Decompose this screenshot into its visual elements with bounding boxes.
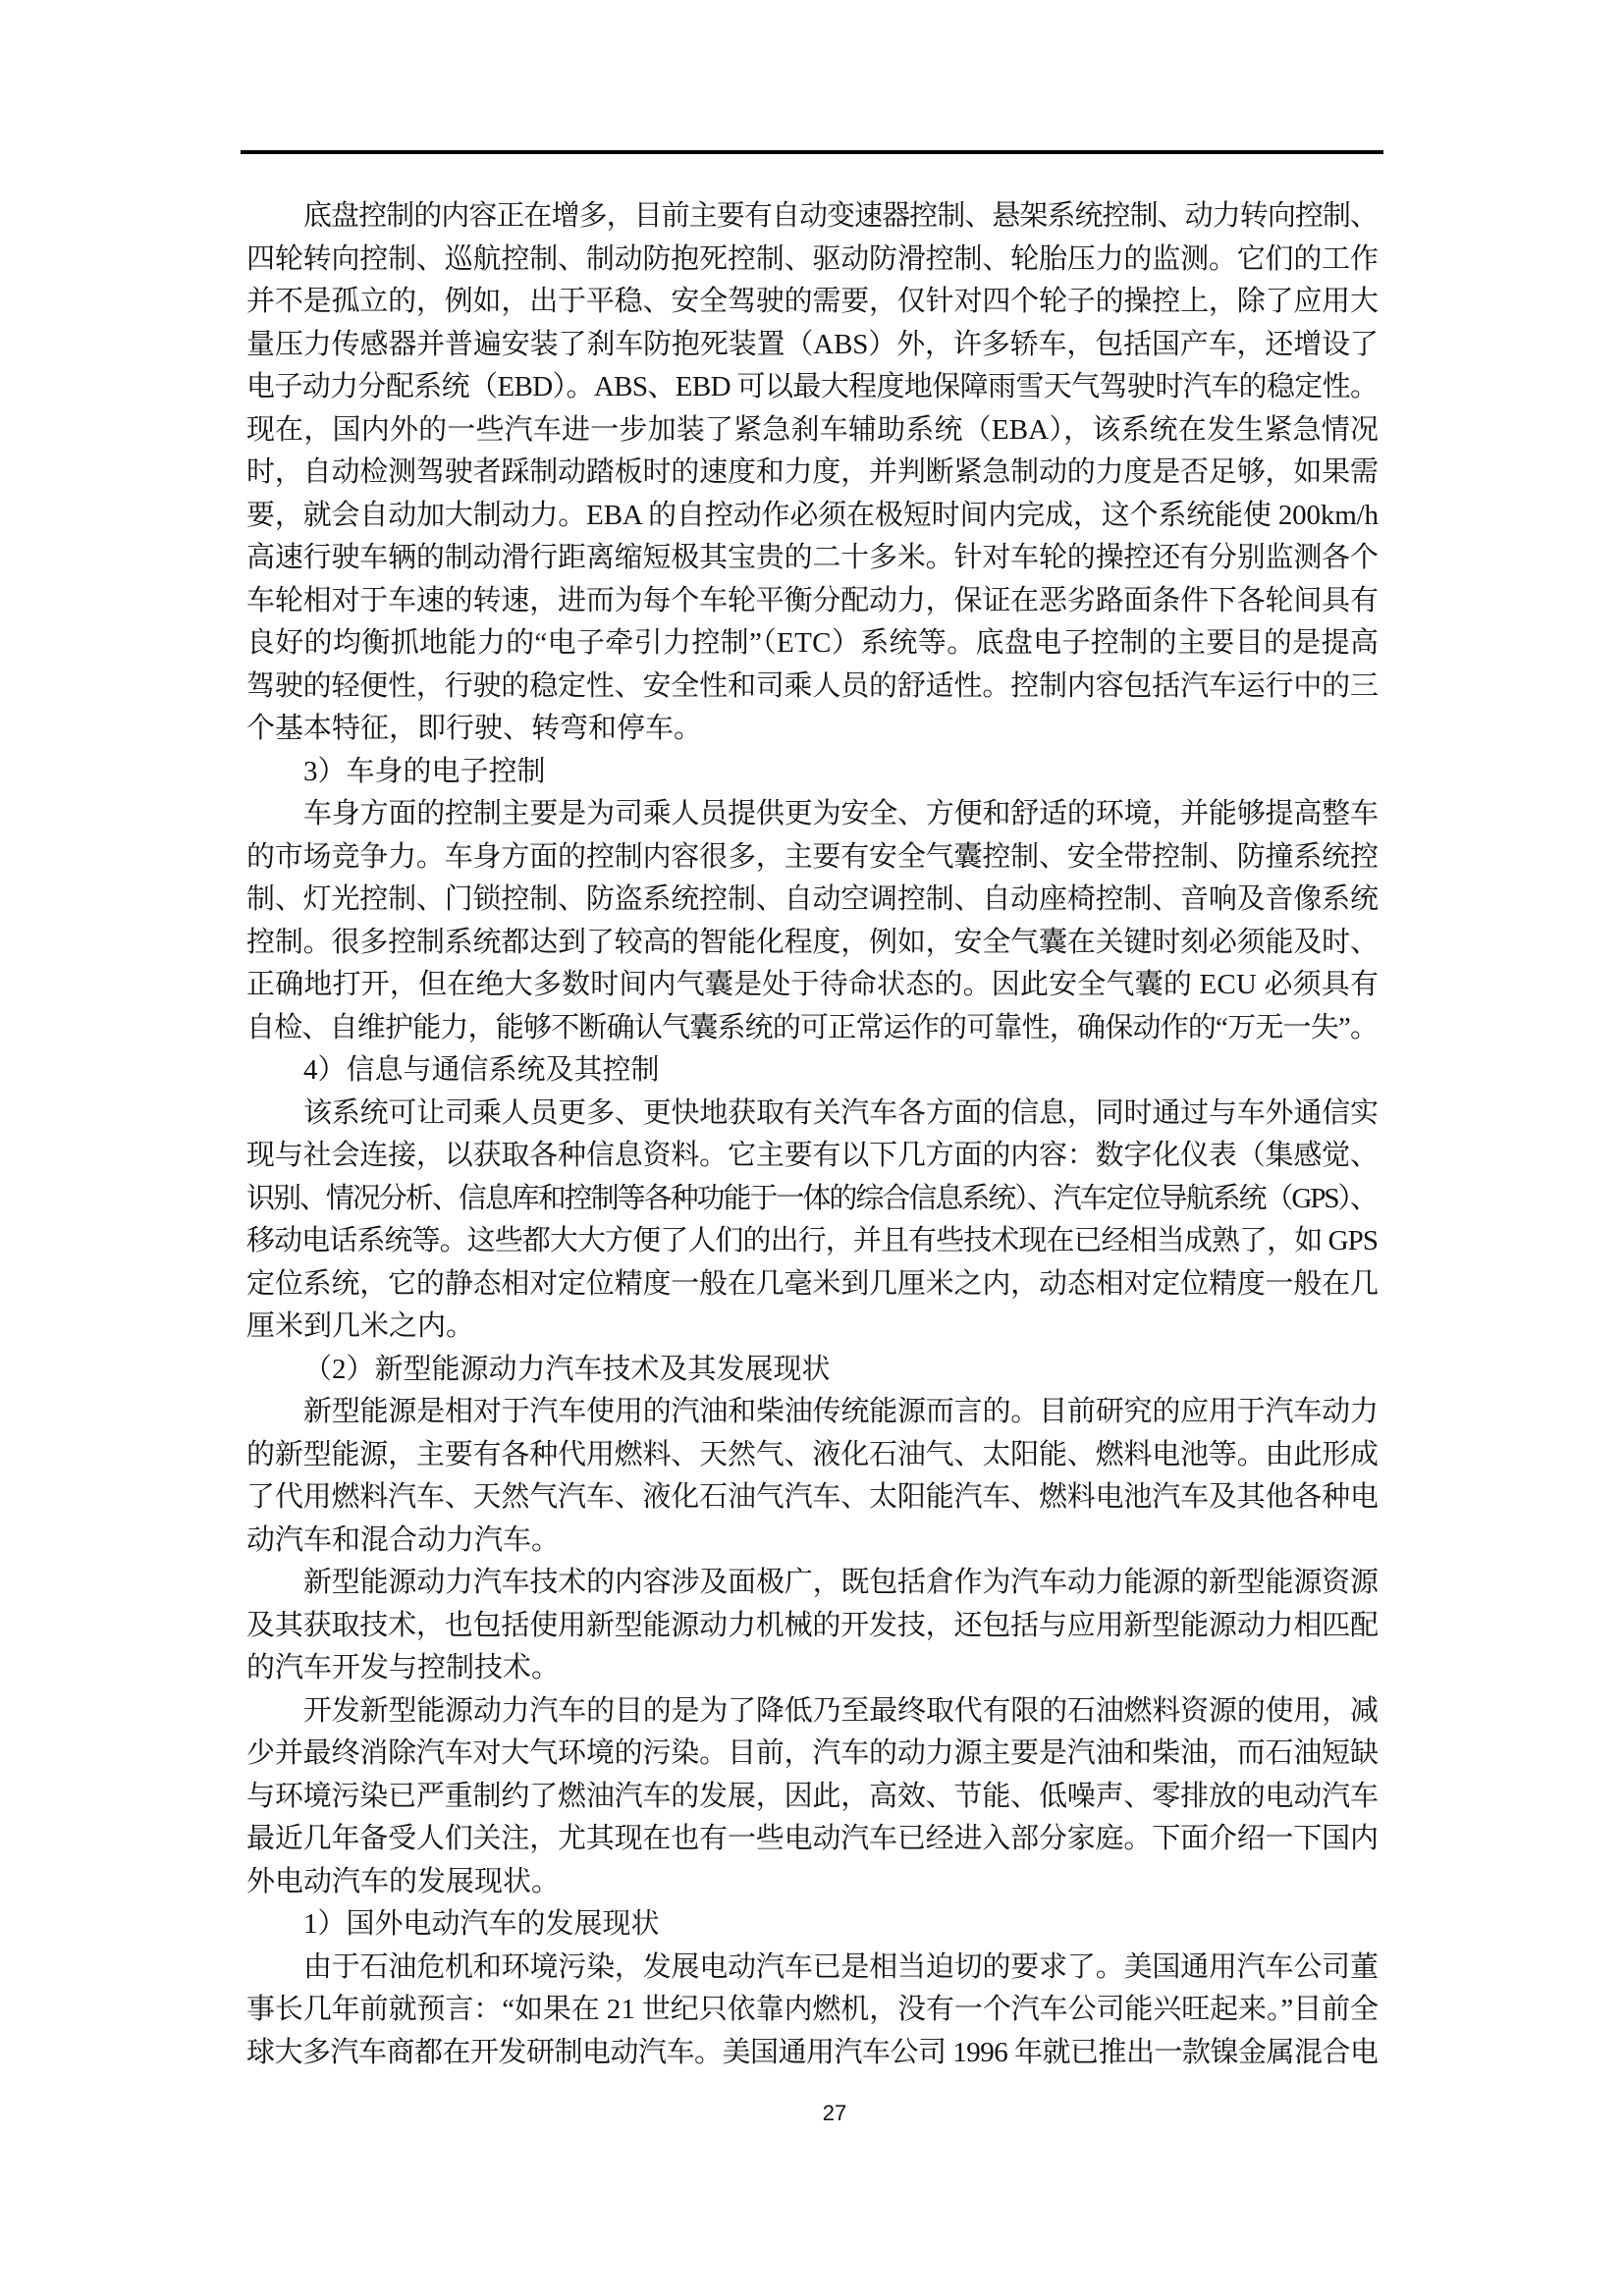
text-line: 四轮转向控制、巡航控制、制动防抱死控制、驱动防滑控制、轮胎压力的监测。它们的工作 [246,239,1379,282]
text-line: 由于石油危机和环境污染，发展电动汽车已是相当迫切的要求了。美国通用汽车公司董 [246,1947,1379,1990]
text-line: 自检、自维护能力，能够不断确认气囊系统的可正常运作的可靠性，确保动作的“万无一失… [246,1007,1379,1050]
text-line: 球大多汽车商都在开发研制电动汽车。美国通用汽车公司 1996 年就已推出一款镍金… [246,2032,1379,2075]
text-line: 驾驶的轻便性，行驶的稳定性、安全性和司乘人员的舒适性。控制内容包括汽车运行中的三 [246,666,1379,709]
text-line: 要，就会自动加大制动力。EBA 的自控动作必须在极短时间内完成，这个系统能使 2… [246,495,1379,538]
text-line: 现与社会连接，以获取各种信息资料。它主要有以下几方面的内容：数字化仪表（集感觉、 [246,1135,1379,1178]
text-line: 定位系统，它的静态相对定位精度一般在几毫米到几厘米之内，动态相对定位精度一般在几 [246,1263,1379,1307]
header-rule [241,150,1383,154]
text-line: 量压力传感器并普遍安装了刹车防抱死装置（ABS）外，许多轿车，包括国产车，还增设… [246,324,1379,367]
text-line: 了代用燃料汽车、天然气汽车、液化石油气汽车、太阳能汽车、燃料电池汽车及其他各种电 [246,1476,1379,1520]
text-line: 控制。很多控制系统都达到了较高的智能化程度，例如，安全气囊在关键时刻必须能及时、 [246,922,1379,965]
document-page: 底盘控制的内容正在增多，目前主要有自动变速器控制、悬架系统控制、动力转向控制、四… [0,0,1624,2296]
text-line: 动汽车和混合动力汽车。 [246,1520,1379,1563]
text-line: 的汽车开发与控制技术。 [246,1647,1379,1690]
text-line: 开发新型能源动力汽车的目的是为了降低乃至最终取代有限的石油燃料资源的使用，减 [246,1690,1379,1734]
text-line: 事长几年前就预言：“如果在 21 世纪只依靠内燃机，没有一个汽车公司能兴旺起来。… [246,1989,1379,2032]
text-line: 识别、情况分析、信息库和控制等各种功能于一体的综合信息系统）、汽车定位导航系统（… [246,1178,1379,1221]
text-line: 的市场竞争力。车身方面的控制内容很多，主要有安全气囊控制、安全带控制、防撞系统控 [246,836,1379,880]
text-line: 车轮相对于车速的转速，进而为每个车轮平衡分配动力，保证在恶劣路面条件下各轮间具有 [246,580,1379,623]
text-line: 少并最终消除汽车对大气环境的污染。目前，汽车的动力源主要是汽油和柴油，而石油短缺 [246,1733,1379,1776]
text-line: 新型能源动力汽车技术的内容涉及面极广，既包括倉作为汽车动力能源的新型能源资源 [246,1562,1379,1605]
section-heading: （2）新型能源动力汽车技术及其发展现状 [246,1349,1379,1392]
text-line: 底盘控制的内容正在增多，目前主要有自动变速器控制、悬架系统控制、动力转向控制、 [246,195,1379,239]
text-line: 移动电话系统等。这些都大大方便了人们的出行，并且有些技术现在已经相当成熟了，如 … [246,1220,1379,1263]
text-line: 车身方面的控制主要是为司乘人员提供更为安全、方便和舒适的环境，并能够提高整车 [246,793,1379,836]
text-line: 个基本特征，即行驶、转弯和停车。 [246,708,1379,751]
section-heading: 1）国外电动汽车的发展现状 [246,1903,1379,1947]
text-line: 时，自动检测驾驶者踩制动踏板时的速度和力度，并判断紧急制动的力度是否足够，如果需 [246,452,1379,495]
text-line: 厘米到几米之内。 [246,1306,1379,1349]
text-line: 正确地打开，但在绝大多数时间内气囊是处于待命状态的。因此安全气囊的 ECU 必须… [246,964,1379,1007]
text-line: 电子动力分配系统（EBD）。ABS、EBD 可以最大程度地保障雨雪天气驾驶时汽车… [246,366,1379,409]
text-line: 该系统可让司乘人员更多、更快地获取有关汽车各方面的信息，同时通过与车外通信实 [246,1093,1379,1136]
text-line: 新型能源是相对于汽车使用的汽油和柴油传统能源而言的。目前研究的应用于汽车动力 [246,1391,1379,1434]
section-heading: 3）车身的电子控制 [246,751,1379,794]
text-line: 与环境污染已严重制约了燃油汽车的发展，因此，高效、节能、低噪声、零排放的电动汽车 [246,1776,1379,1819]
text-line: 良好的均衡抓地能力的“电子牵引力控制”（ETC）系统等。底盘电子控制的主要目的是… [246,622,1379,666]
text-line: 最近几年备受人们关注，尤其现在也有一些电动汽车已经进入部分家庭。下面介绍一下国内 [246,1818,1379,1861]
text-line: 高速行驶车辆的制动滑行距离缩短极其宝贵的二十多米。针对车轮的操控还有分别监测各个 [246,537,1379,580]
text-line: 及其获取技术，也包括使用新型能源动力机械的开发技，还包括与应用新型能源动力相匹配 [246,1605,1379,1648]
text-line: 现在，国内外的一些汽车进一步加装了紧急刹车辅助系统（EBA），该系统在发生紧急情… [246,409,1379,453]
text-line: 制、灯光控制、门锁控制、防盗系统控制、自动空调控制、自动座椅控制、音响及音像系统 [246,879,1379,922]
page-number: 27 [785,2101,884,2126]
section-heading: 4）信息与通信系统及其控制 [246,1049,1379,1093]
body-text: 底盘控制的内容正在增多，目前主要有自动变速器控制、悬架系统控制、动力转向控制、四… [246,195,1379,2074]
text-line: 的新型能源，主要有各种代用燃料、天然气、液化石油气、太阳能、燃料电池等。由此形成 [246,1434,1379,1477]
text-line: 外电动汽车的发展现状。 [246,1861,1379,1904]
text-line: 并不是孤立的，例如，出于平稳、安全驾驶的需要，仅针对四个轮子的操控上，除了应用大 [246,281,1379,324]
